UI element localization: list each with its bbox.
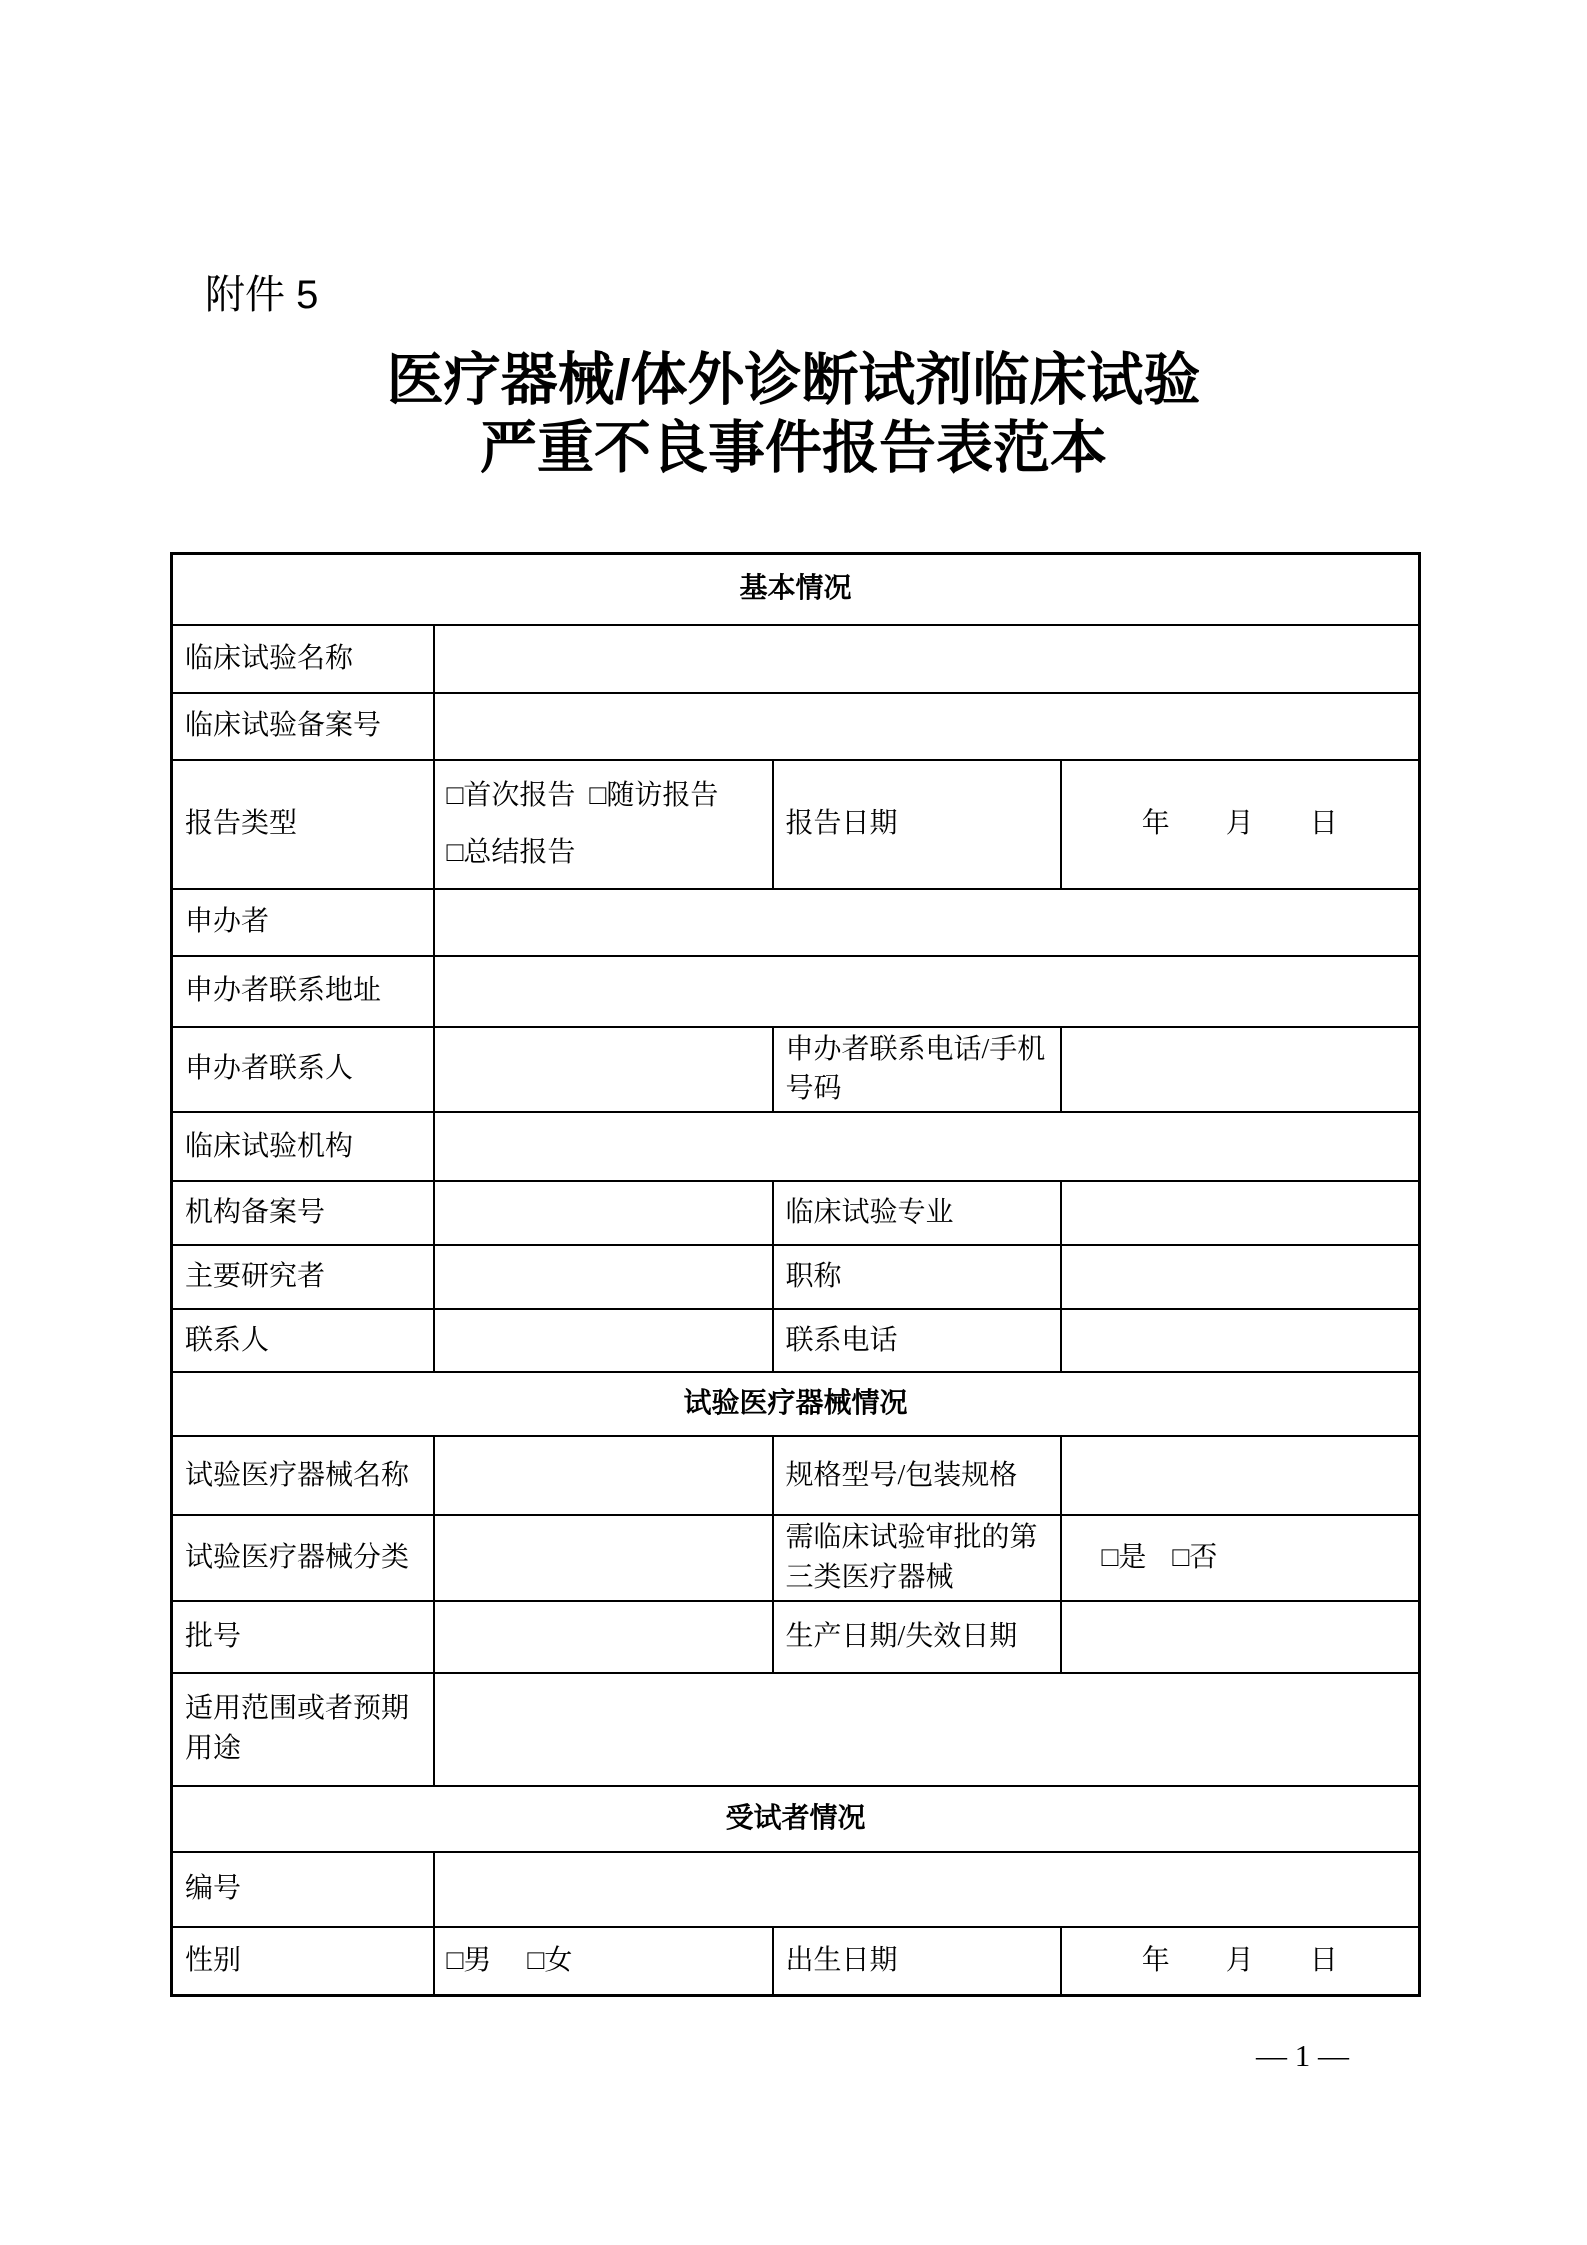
document-title-line2: 严重不良事件报告表范本 [480,416,1107,480]
label-report-date: 报告日期 [773,760,1061,889]
report-type-options-line1: □首次报告□随访报告 [447,767,760,824]
label-sponsor-contact: 申办者联系人 [172,1027,434,1113]
report-form-table: 基本情况 临床试验名称 临床试验备案号 报告类型 □首次报告□随访报告 □总结报… [170,552,1421,1997]
field-trial-record-no[interactable] [434,693,1420,760]
label-production-expiry: 生产日期/失效日期 [773,1601,1061,1673]
field-institution[interactable] [434,1112,1420,1181]
checkbox-female[interactable]: □女 [527,1941,572,1981]
label-principal-investigator: 主要研究者 [172,1245,434,1309]
label-institution: 临床试验机构 [172,1112,434,1181]
field-sponsor[interactable] [434,889,1420,956]
checkbox-male[interactable]: □男 [447,1941,492,1981]
document-title-line1: 医疗器械/体外诊断试剂临床试验 [387,348,1201,412]
label-device-name: 试验医疗器械名称 [172,1436,434,1515]
section-header-basic: 基本情况 [172,554,1420,625]
attachment-label: 附件 5 [205,272,318,318]
checkbox-first-report[interactable]: □首次报告 [447,767,576,824]
field-sponsor-address[interactable] [434,956,1420,1027]
field-device-class[interactable] [434,1515,773,1601]
checkbox-no[interactable]: □否 [1172,1538,1217,1578]
report-type-options-cell: □首次报告□随访报告 □总结报告 [434,760,773,889]
label-trial-name: 临床试验名称 [172,625,434,693]
checkbox-summary-report[interactable]: □总结报告 [447,824,576,881]
field-report-date[interactable]: 年 月 日 [1061,760,1420,889]
label-trial-record-no: 临床试验备案号 [172,693,434,760]
field-job-title[interactable] [1061,1245,1420,1309]
field-sponsor-contact[interactable] [434,1027,773,1113]
label-contact-phone: 联系电话 [773,1309,1061,1372]
section-header-subject: 受试者情况 [172,1786,1420,1852]
label-class3-approval: 需临床试验审批的第三类医疗器械 [773,1515,1061,1601]
document-page: 附件 5 医疗器械/体外诊断试剂临床试验 严重不良事件报告表范本 基本情况 临床… [0,0,1587,2245]
class3-approval-options-cell: □是□否 [1061,1515,1420,1601]
field-subject-no[interactable] [434,1852,1420,1927]
label-spec-model: 规格型号/包装规格 [773,1436,1061,1515]
checkbox-followup-report[interactable]: □随访报告 [589,767,718,824]
document-title: 医疗器械/体外诊断试剂临床试验 严重不良事件报告表范本 [0,346,1587,482]
field-production-expiry[interactable] [1061,1601,1420,1673]
label-sponsor: 申办者 [172,889,434,956]
label-trial-specialty: 临床试验专业 [773,1181,1061,1245]
checkbox-yes[interactable]: □是 [1102,1538,1147,1578]
field-trial-specialty[interactable] [1061,1181,1420,1245]
field-device-name[interactable] [434,1436,773,1515]
field-batch-no[interactable] [434,1601,773,1673]
field-spec-model[interactable] [1061,1436,1420,1515]
field-principal-investigator[interactable] [434,1245,773,1309]
label-subject-no: 编号 [172,1852,434,1927]
report-type-options-line2: □总结报告 [447,824,760,881]
label-birth-date: 出生日期 [773,1927,1061,1996]
field-trial-name[interactable] [434,625,1420,693]
label-report-type: 报告类型 [172,760,434,889]
field-contact-person[interactable] [434,1309,773,1372]
label-device-class: 试验医疗器械分类 [172,1515,434,1601]
label-contact-person: 联系人 [172,1309,434,1372]
label-gender: 性别 [172,1927,434,1996]
field-intended-use[interactable] [434,1673,1420,1786]
label-batch-no: 批号 [172,1601,434,1673]
field-institution-record-no[interactable] [434,1181,773,1245]
label-sponsor-address: 申办者联系地址 [172,956,434,1027]
field-sponsor-phone[interactable] [1061,1027,1420,1113]
label-intended-use: 适用范围或者预期用途 [172,1673,434,1786]
section-header-device: 试验医疗器械情况 [172,1372,1420,1436]
field-birth-date[interactable]: 年 月 日 [1061,1927,1420,1996]
label-job-title: 职称 [773,1245,1061,1309]
label-institution-record-no: 机构备案号 [172,1181,434,1245]
label-sponsor-phone: 申办者联系电话/手机号码 [773,1027,1061,1113]
page-number: — 1 — [1256,2038,1349,2074]
field-contact-phone[interactable] [1061,1309,1420,1372]
gender-options-cell: □男□女 [434,1927,773,1996]
